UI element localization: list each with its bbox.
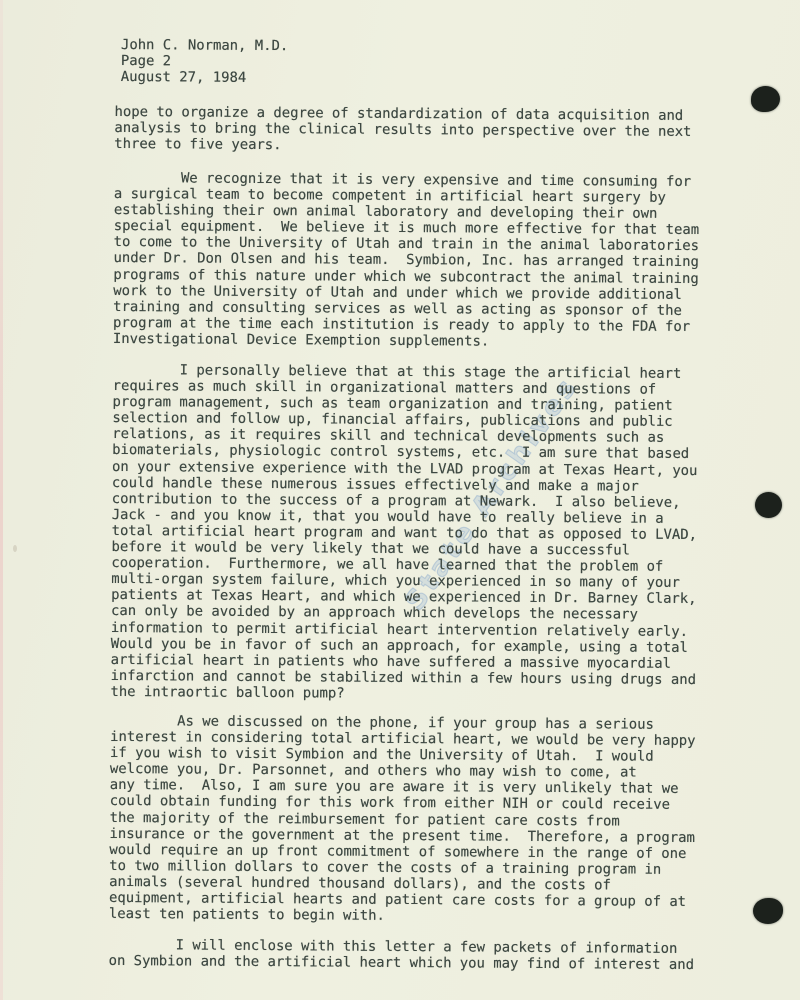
letter-line: on Symbion and the artificial heart whic… [109,953,695,973]
letter-page: State Archives John C. Norman, M.D. Page… [0,0,800,1000]
paragraph-continuation: hope to organize a degree of standardiza… [114,104,691,156]
paper-speck [13,545,17,552]
registration-dot [755,492,782,518]
paragraph-personal-belief: I personally believe that at this stage … [110,362,698,704]
recipient-name: John C. Norman, M.D. [121,37,288,54]
letter-header: John C. Norman, M.D. Page 2 August 27, 1… [121,37,289,86]
paragraph-funding: As we discussed on the phone, if your gr… [109,713,696,926]
registration-dot [753,898,783,924]
paragraph-enclosure: I will enclose with this letter a few pa… [109,937,695,973]
paragraph-training: We recognize that it is very expensive a… [113,170,700,351]
letter-date: August 27, 1984 [121,69,288,86]
registration-dot [751,86,780,112]
letter-content: John C. Norman, M.D. Page 2 August 27, 1… [0,0,800,1000]
page-number: Page 2 [121,53,288,70]
